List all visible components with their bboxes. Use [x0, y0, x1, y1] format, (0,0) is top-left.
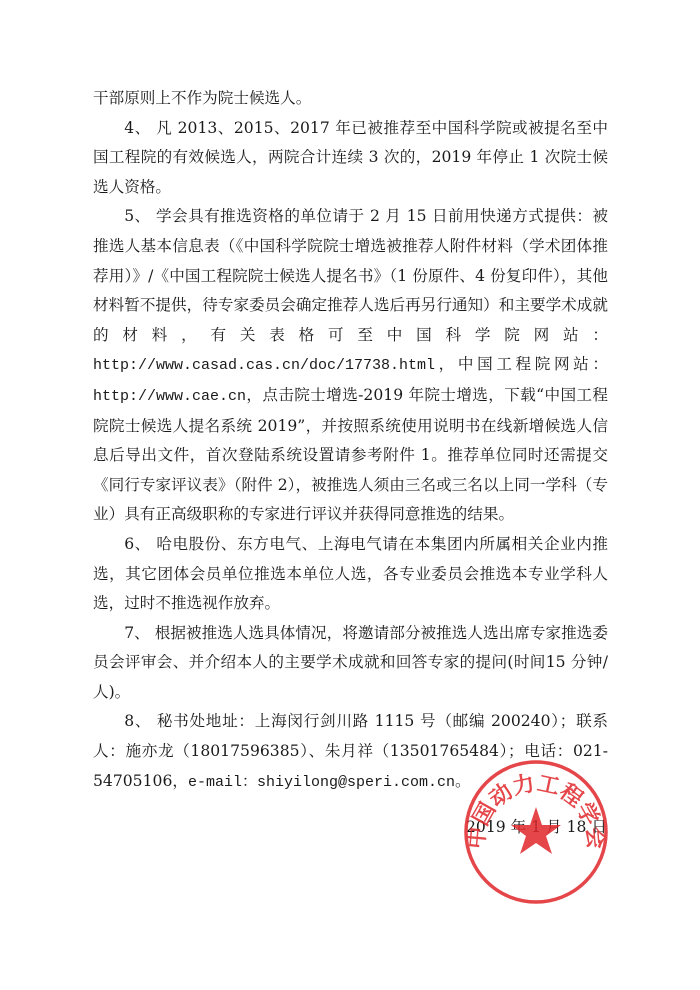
email-link[interactable]: shiyilong@speri.com.cn [257, 774, 455, 791]
document-page: 干部原则上不作为院士候选人。 4、 凡 2013、2015、2017 年已被推荐… [0, 0, 700, 990]
paragraph-item-6: 6、 哈电股份、东方电气、上海电气请在本集团内所属相关企业内推选，其它团体会员单… [93, 530, 608, 619]
paragraph-item-5: 5、 学会具有推选资格的单位请于 2 月 15 日前用快递方式提供：被推选人基本… [93, 202, 608, 530]
item-5-rest: ，点击院士增选-2019 年院士增选，下载“中国工程院院士候选人提名系统 201… [93, 386, 608, 523]
official-seal-icon: 中国动力工程学会 [461, 757, 611, 907]
cae-website-label: ，中国工程院网站： [435, 355, 608, 373]
document-body: 干部原则上不作为院士候选人。 4、 凡 2013、2015、2017 年已被推荐… [93, 84, 608, 797]
paragraph-item-4: 4、 凡 2013、2015、2017 年已被推荐至中国科学院或被提名至中国工程… [93, 114, 608, 203]
email-label: e-mail： [188, 774, 257, 791]
paragraph-continuation: 干部原则上不作为院士候选人。 [93, 84, 608, 114]
paragraph-item-7: 7、 根据被推选人选具体情况，将邀请部分被推选人选出席专家推选委员会评审会、并介… [93, 619, 608, 708]
item-5-text: 5、 学会具有推选资格的单位请于 2 月 15 日前用快递方式提供：被推选人基本… [93, 207, 608, 343]
cae-website-link[interactable]: http://www.cae.cn [93, 388, 246, 405]
cas-website-link[interactable]: http://www.casad.cas.cn/doc/17738.html [93, 357, 435, 374]
